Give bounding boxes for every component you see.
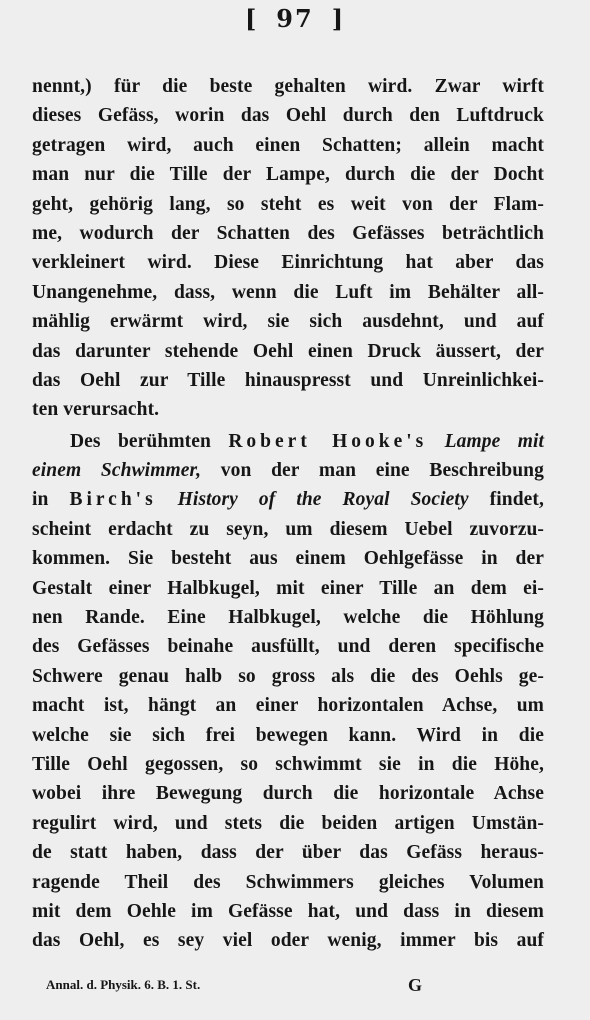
- text-line: ten verursacht.: [32, 395, 544, 424]
- paragraph-1: nennt,) für die beste gehalten wird. Zwa…: [32, 72, 544, 425]
- text-line: regulirt wird, und stets die beiden arti…: [32, 809, 544, 838]
- text-line: macht ist, hängt an einer horizontalen A…: [32, 691, 544, 720]
- text-line: Gestalt einer Halbkugel, mit einer Tille…: [32, 574, 544, 603]
- page-footer: Annal. d. Physik. 6. B. 1. St. G: [46, 975, 526, 999]
- text-line: nen Rande. Eine Halbkugel, welche die Hö…: [32, 603, 544, 632]
- text-run: Des berühmten: [70, 431, 228, 452]
- text-line: welche sie sich frei bewegen kann. Wird …: [32, 721, 544, 750]
- text-line: Tille Oehl gegossen, so schwimmt sie in …: [32, 750, 544, 779]
- text-line: des Gefässes beinahe ausfüllt, und deren…: [32, 632, 544, 661]
- sheet-signature-mark: G: [408, 975, 422, 996]
- text-line: ragende Theil des Schwimmers gleiches Vo…: [32, 868, 544, 897]
- text-line: in Birch's History of the Royal Society …: [32, 485, 544, 514]
- text-line: kommen. Sie besteht aus einem Oehlgefäss…: [32, 544, 544, 573]
- text-line: de statt haben, dass der über das Gefäss…: [32, 838, 544, 867]
- italic-title: History of the Royal Society: [178, 489, 469, 510]
- text-run: findet,: [469, 489, 544, 510]
- body-text: nennt,) für die beste gehalten wird. Zwa…: [32, 72, 544, 956]
- text-line: mählig erwärmt wird, sie sich ausdehnt, …: [32, 307, 544, 336]
- text-line: das Oehl, es sey viel oder wenig, immer …: [32, 926, 544, 955]
- text-run: in: [32, 489, 69, 510]
- text-line: das darunter stehende Oehl einen Druck ä…: [32, 337, 544, 366]
- text-line: me, wodurch der Schatten des Gefässes be…: [32, 219, 544, 248]
- text-line: man nur die Tille der Lampe, durch die d…: [32, 160, 544, 189]
- page-number: [97]: [0, 4, 590, 33]
- text-line: mit dem Oehle im Gefässe hat, und dass i…: [32, 897, 544, 926]
- italic-title: Lampe mit: [445, 431, 544, 452]
- text-line: das Oehl zur Tille hinauspresst und Unre…: [32, 366, 544, 395]
- text-line: verkleinert wird. Diese Einrichtung hat …: [32, 248, 544, 277]
- bracket-close: ]: [332, 4, 345, 33]
- bracket-open: [: [245, 4, 258, 33]
- text-line: wobei ihre Bewegung durch die horizontal…: [32, 779, 544, 808]
- text-line: dieses Gefäss, worin das Oehl durch den …: [32, 101, 544, 130]
- text-line: einem Schwimmer, von der man eine Beschr…: [32, 456, 544, 485]
- paragraph-2: Des berühmten Robert Hooke's Lampe mit e…: [32, 427, 544, 956]
- text-line: Unangenehme, dass, wenn die Luft im Behä…: [32, 278, 544, 307]
- text-line: scheint erdacht zu seyn, um diesem Uebel…: [32, 515, 544, 544]
- text-line: Schwere genau halb so gross als die des …: [32, 662, 544, 691]
- text-line: Des berühmten Robert Hooke's Lampe mit: [32, 427, 544, 456]
- text-line: getragen wird, auch einen Schatten; alle…: [32, 131, 544, 160]
- author-name-spaced: Birch's: [69, 489, 156, 510]
- text-run: von der man eine Beschreibung: [201, 460, 544, 481]
- text-line: nennt,) für die beste gehalten wird. Zwa…: [32, 72, 544, 101]
- page-number-value: 97: [276, 4, 313, 33]
- author-name-spaced: Robert Hooke's: [228, 431, 427, 452]
- text-line: geht, gehörig lang, so steht es weit von…: [32, 190, 544, 219]
- italic-title: einem Schwimmer,: [32, 460, 201, 481]
- signature-line: Annal. d. Physik. 6. B. 1. St.: [46, 977, 200, 993]
